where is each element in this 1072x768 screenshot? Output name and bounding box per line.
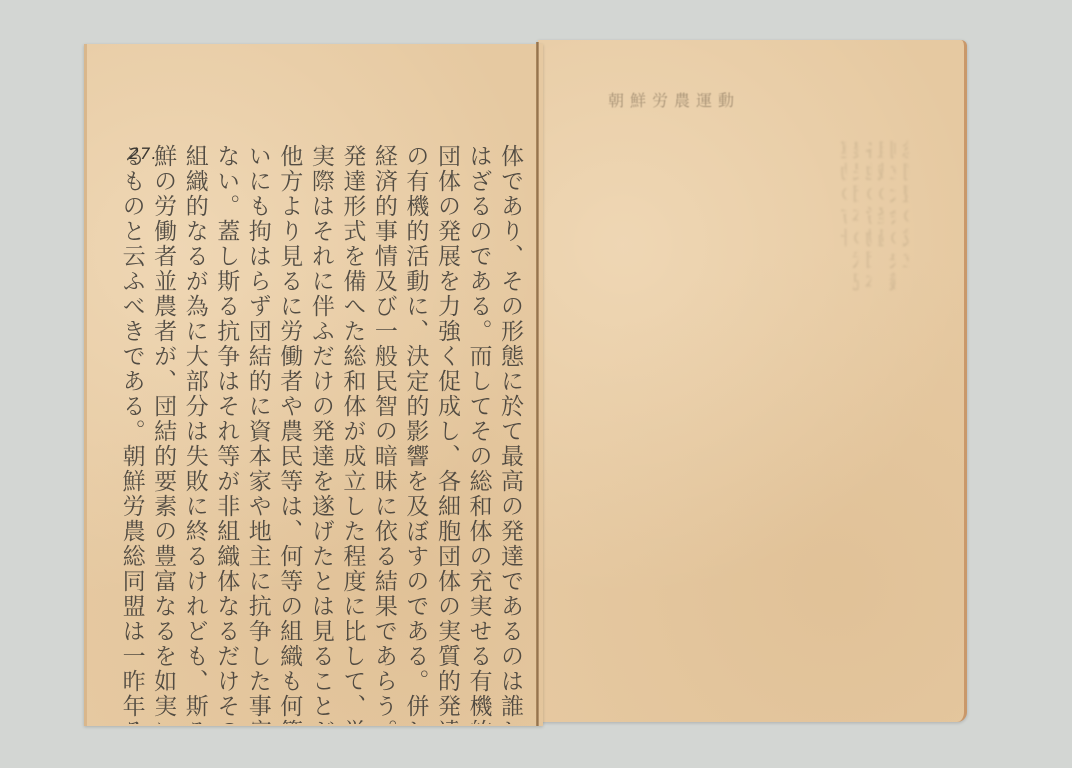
bleed-through-column: 創立大会の決議 bbox=[887, 140, 895, 700]
right-page: 朝鮮労農運動 総同盟の成立 創立大会の決議 組織の経過 各地の労働団体 農民団体… bbox=[538, 40, 967, 722]
text-column: 団体の発展を力強く促成し、各細胞団体の実質的発達が総和体 bbox=[432, 144, 464, 724]
text-column: 経済的事情及び一般民智の暗昧に依る結果であらう。既に最高 bbox=[369, 144, 401, 724]
text-column: ない。蓋し斯る抗争はそれ等が非組織体なるだけその戦術が非 bbox=[212, 144, 244, 724]
text-column: 発達形式を備へた総和体が成立した程度に比して、労農運動の bbox=[338, 144, 370, 724]
text-column: いにも拘はらず団結的に資本家や地主に抗争した事実がないでは bbox=[243, 144, 275, 724]
text-column: 実際はそれに伴ふだけの発達を遂げたとは見ることが出来ない。又 bbox=[306, 144, 338, 724]
bleed-through-column: 組織の経過 bbox=[875, 140, 883, 700]
text-column: 組織的なるが為に大部分は失敗に終るけれども、斯る事実は朝 bbox=[180, 144, 212, 724]
text-column: 体であり、その形態に於て最高の発達であるのは誰しも否認する能 bbox=[495, 144, 527, 724]
bleed-through-column: 各地の労働団体 bbox=[863, 140, 871, 700]
bleed-through-column: 農民団体の状況 bbox=[850, 140, 858, 700]
open-booklet: 朝鮮労農運動 総同盟の成立 創立大会の決議 組織の経過 各地の労働団体 農民団体… bbox=[78, 36, 984, 726]
book-gutter bbox=[536, 42, 539, 726]
bleed-through-text: 総同盟の成立 創立大会の決議 組織の経過 各地の労働団体 農民団体の状況 運動の… bbox=[838, 140, 908, 700]
manuscript-text: 体であり、その形態に於て最高の発達であるのは誰しも否認する能 はざるのである。而… bbox=[117, 144, 527, 724]
text-column: の有機的活動に、決定的影響を及ぼすのである。併し朝鮮は総ての bbox=[401, 144, 433, 724]
text-column: るものと云ふべきである。朝鮮労農総同盟は一昨年その組織完了 bbox=[117, 144, 149, 724]
bleed-through-column: 総同盟の成立 bbox=[900, 140, 908, 700]
text-column: はざるのである。而してその総和体の充実せる有機的作用が各細胞 bbox=[464, 144, 496, 724]
bleed-through-column: 運動の方針 bbox=[838, 140, 846, 700]
text-column: 鮮の労働者並農者が、団結的要素の豊富なるを如実に立証す bbox=[149, 144, 181, 724]
left-page: 27. 体であり、その形態に於て最高の発達であるのは誰しも否認する能 はざるので… bbox=[84, 44, 543, 726]
text-column: 他方より見るに労働者や農民等は、何等の組織も何等の機関もな bbox=[275, 144, 307, 724]
bleed-through-title: 朝鮮労農運動 bbox=[608, 88, 740, 111]
